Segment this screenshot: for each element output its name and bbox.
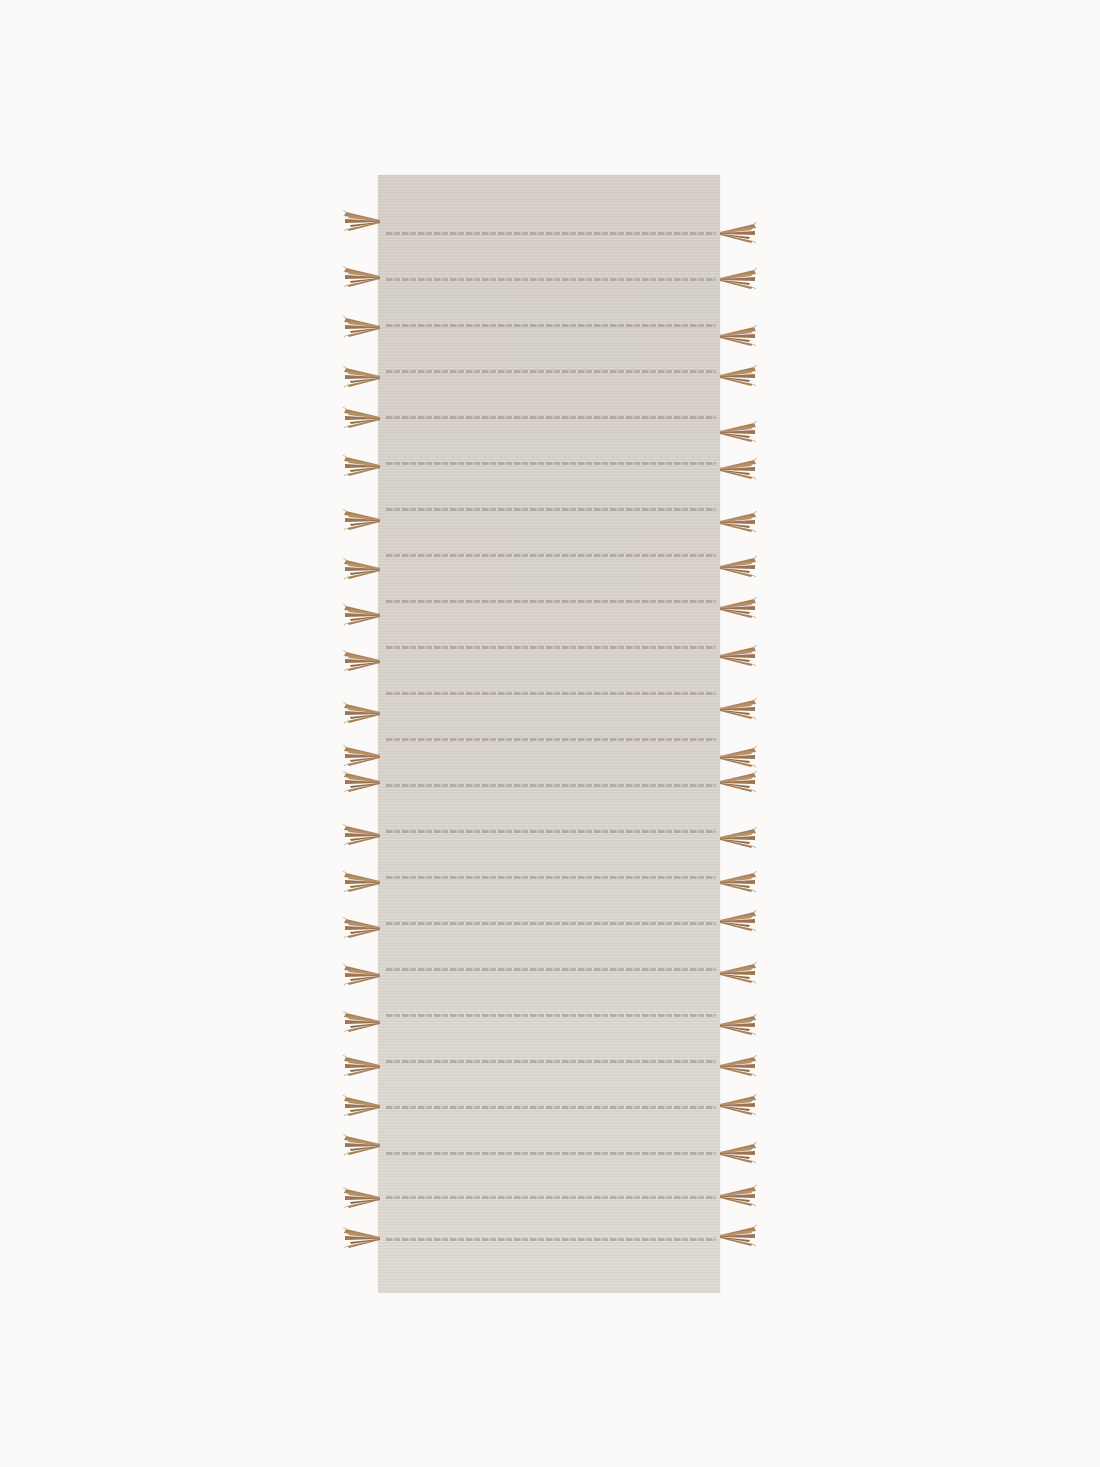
rug-stripe [386,278,716,281]
rug-stripe [386,922,716,925]
tassel-left [342,702,380,724]
tassel-right [720,962,758,984]
rug-stripe [386,876,716,879]
tassel-right [720,597,758,619]
tassel-right [720,1142,758,1164]
rug-stripe [386,692,716,695]
tassel-right [720,421,758,443]
rug-stripe [386,600,716,603]
tassel-left [342,1011,380,1033]
tassel-right [720,771,758,793]
tassel-left [342,871,380,893]
tassel-right [720,910,758,932]
tassel-left [342,1187,380,1209]
tassel-right [720,325,758,347]
rug-stripe [386,508,716,511]
tassel-left [342,650,380,672]
tassel-right [720,1014,758,1036]
tassel-right [720,746,758,768]
rug-stripe [386,370,716,373]
rug-stripe [386,968,716,971]
tassel-left [342,1227,380,1249]
rug-stripe [386,784,716,787]
rug-stripe [386,416,716,419]
rug-stripe [386,1238,716,1241]
tassel-right [720,222,758,244]
tassel-left [342,771,380,793]
tassel-right [720,1225,758,1247]
tassel-left [342,558,380,580]
tassel-left [342,407,380,429]
rug-stripe [386,324,716,327]
rug-stripe [386,1152,716,1155]
rug-stripe [386,1196,716,1199]
tassel-left [342,210,380,232]
rug-stripe [386,462,716,465]
tassel-left [342,917,380,939]
rug-stripe [386,1106,716,1109]
rug-stripe [386,830,716,833]
tassel-right [720,268,758,290]
tassel-right [720,458,758,480]
tassel-left [342,824,380,846]
tassel-right [720,1185,758,1207]
tassel-left [342,1095,380,1117]
runner-rug [378,175,720,1293]
tassel-right [720,511,758,533]
rug-stripe [386,1014,716,1017]
tassel-right [720,1055,758,1077]
rug-stripe [386,232,716,235]
tassel-right [720,698,758,720]
tassel-right [720,1094,758,1116]
rug-stripe [386,1060,716,1063]
rug-stripe [386,738,716,741]
tassel-left [342,604,380,626]
tassel-left [342,266,380,288]
tassel-left [342,509,380,531]
tassel-left [342,1055,380,1077]
tassel-right [720,827,758,849]
tassel-left [342,745,380,767]
rug-stripe [386,554,716,557]
tassel-right [720,871,758,893]
tassel-left [342,316,380,338]
tassel-left [342,1134,380,1156]
tassel-left [342,366,380,388]
tassel-right [720,365,758,387]
rug-stripe [386,646,716,649]
tassel-right [720,556,758,578]
tassel-left [342,964,380,986]
tassel-right [720,645,758,667]
tassel-left [342,455,380,477]
